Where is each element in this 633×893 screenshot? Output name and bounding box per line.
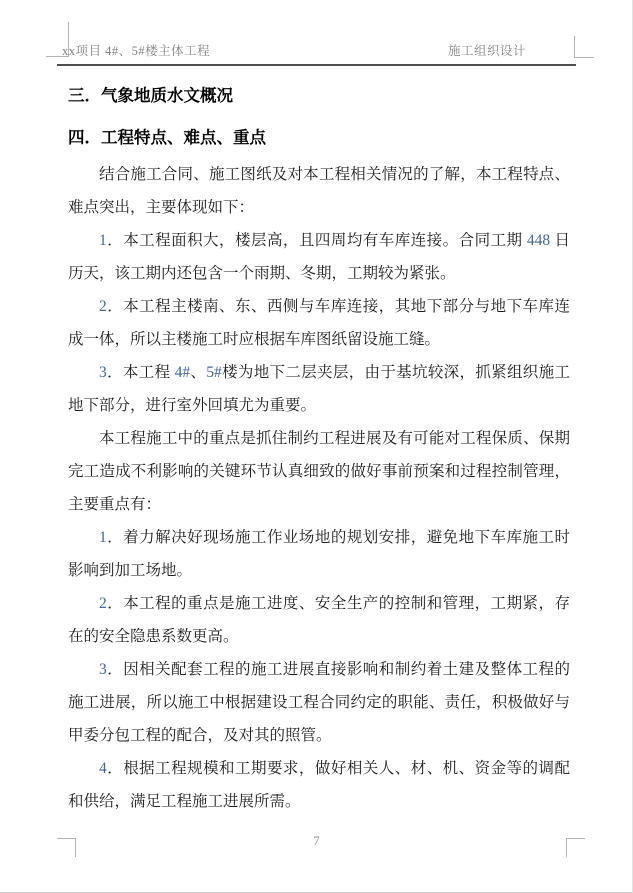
paragraph: 2．本工程主楼南、东、西侧与车库连接，其地下部分与地下车库连成一体，所以主楼施工… <box>68 290 570 356</box>
latin-text-segment: 2 <box>99 595 107 612</box>
latin-text-segment: 2 <box>99 298 107 315</box>
text-segment: 、 <box>190 364 206 381</box>
text-segment: 结合施工合同、施工图纸及对本工程相关情况的了解，本工程特点、难点突出，主要体现如… <box>68 166 570 216</box>
latin-text-segment: 1 <box>99 232 107 249</box>
paragraph: 4．根据工程规模和工期要求，做好相关人、材、机、资金等的调配和供给，满足工程施工… <box>68 752 570 818</box>
text-segment: ．本工程的重点是施工进度、安全生产的控制和管理，工期紧，存在的安全隐患系数更高。 <box>68 595 570 645</box>
footer-page-number: 7 <box>0 834 633 849</box>
section-heading-3: 三．气象地质水文概况 <box>68 86 570 106</box>
latin-text-segment: 3 <box>99 364 107 381</box>
latin-text-segment: 448 <box>527 232 550 249</box>
header-doc-title: 施工组织设计 <box>448 41 526 59</box>
text-segment: ．本工程主楼南、东、西侧与车库连接，其地下部分与地下车库连成一体，所以主楼施工时… <box>68 298 570 348</box>
text-segment: ．本工程 <box>107 364 175 381</box>
document-page: xx项目 4#、5#楼主体工程 施工组织设计 三．气象地质水文概况 四．工程特点… <box>0 0 633 893</box>
latin-text-segment: 4 <box>99 760 107 777</box>
paragraph: 本工程施工中的重点是抓住制约工程进展及有可能对工程保质、保期完工造成不利影响的关… <box>68 422 570 521</box>
text-segment: ．本工程面积大，楼层高，且四周均有车库连接。合同工期 <box>107 232 527 249</box>
paragraph: 2．本工程的重点是施工进度、安全生产的控制和管理，工期紧，存在的安全隐患系数更高… <box>68 587 570 653</box>
paragraph: 3．本工程 4#、5#楼为地下二层夹层，由于基坑较深，抓紧组织施工地下部分，进行… <box>68 356 570 422</box>
paragraph: 1．着力解决好现场施工作业场地的规划安排，避免地下车库施工时影响到加工场地。 <box>68 521 570 587</box>
section-heading-4: 四．工程特点、难点、重点 <box>68 128 570 148</box>
text-segment: ．根据工程规模和工期要求，做好相关人、材、机、资金等的调配和供给，满足工程施工进… <box>68 760 570 810</box>
latin-text-segment: 5# <box>206 364 222 381</box>
latin-text-segment: 1 <box>99 529 107 546</box>
text-segment: ．着力解决好现场施工作业场地的规划安排，避免地下车库施工时影响到加工场地。 <box>68 529 570 579</box>
latin-text-segment: 4# <box>175 364 191 381</box>
body-paragraphs: 结合施工合同、施工图纸及对本工程相关情况的了解，本工程特点、难点突出，主要体现如… <box>68 158 570 818</box>
latin-text-segment: 3 <box>99 661 107 678</box>
text-segment: ．因相关配套工程的施工进展直接影响和制约着土建及整体工程的施工进展，所以施工中根… <box>68 661 570 744</box>
header-project-title: xx项目 4#、5#楼主体工程 <box>62 41 210 59</box>
paragraph: 结合施工合同、施工图纸及对本工程相关情况的了解，本工程特点、难点突出，主要体现如… <box>68 158 570 224</box>
document-body: 三．气象地质水文概况 四．工程特点、难点、重点 结合施工合同、施工图纸及对本工程… <box>68 86 570 818</box>
text-segment: 本工程施工中的重点是抓住制约工程进展及有可能对工程保质、保期完工造成不利影响的关… <box>68 430 570 513</box>
paragraph: 3．因相关配套工程的施工进展直接影响和制约着土建及整体工程的施工进展，所以施工中… <box>68 653 570 752</box>
crop-mark-top-right-horizontal <box>574 57 594 58</box>
paragraph: 1．本工程面积大，楼层高，且四周均有车库连接。合同工期 448 日历天，该工期内… <box>68 224 570 290</box>
crop-mark-top-right-vertical <box>574 36 575 58</box>
header-rule <box>57 64 576 66</box>
